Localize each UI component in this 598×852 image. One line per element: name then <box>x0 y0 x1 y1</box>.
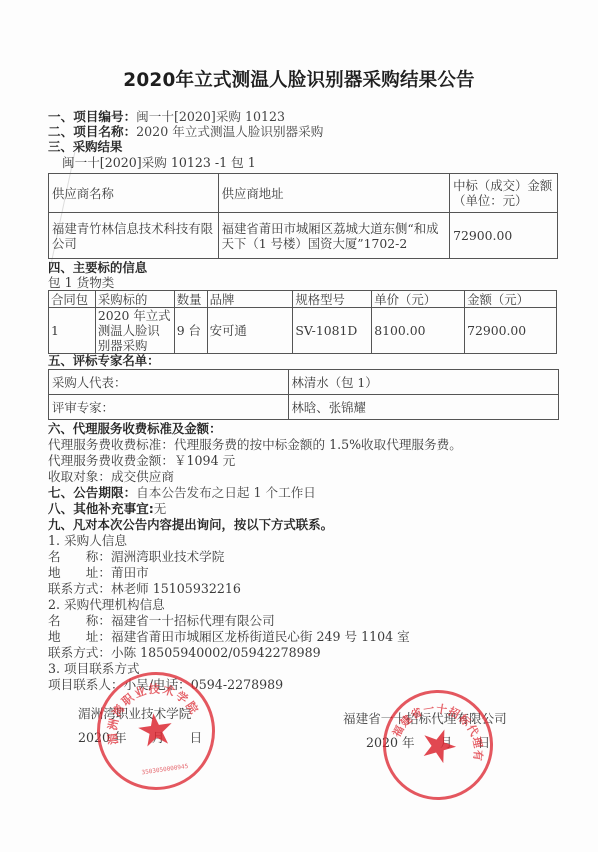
project-name-label: 二、项目名称： <box>48 124 136 139</box>
announcement-period: 七、公告期限：自本公告发布之日起 1 个工作日 <box>48 485 316 500</box>
table-header-row: 合同包 采购标的 数量 品牌 规格型号 单价（元） 金额（元） <box>49 291 557 308</box>
item-model: SV-1081D <box>293 308 372 354</box>
section-contacts: 九、凡对本次公告内容提出询问，按以下方式联系。 <box>48 517 333 532</box>
header-cell: 供应商地址 <box>218 174 450 213</box>
fee-payer: 收取对象：成交供应商 <box>48 469 174 484</box>
table-row: 福建青竹林信息技术科技有限公司 福建省莆田市城厢区荔城大道东侧“和成天下（1 号… <box>49 213 558 259</box>
header-cell: 数量 <box>174 291 207 308</box>
purchaser-name-value: 湄洲湾职业技术学院 <box>111 549 224 564</box>
purchaser-address: 地 址：莆田市 <box>48 565 149 580</box>
result-table: 供应商名称 供应商地址 中标（成交）金额（单位：元） 福建青竹林信息技术科技有限… <box>48 173 558 259</box>
purchaser-name: 名 称：湄洲湾职业技术学院 <box>48 549 224 564</box>
agency-address-label: 地 址： <box>48 629 111 644</box>
project-number-value: 闽一十[2020]采购 10123 <box>136 109 285 124</box>
star-icon: ★ <box>133 707 178 756</box>
agency-seal: 福建省一十招标代理有限公司 ★ <box>368 675 509 816</box>
purchaser-heading: 1. 采购人信息 <box>48 533 127 548</box>
document-title: 2020年立式测温人脸识别器采购结果公告 <box>0 66 598 92</box>
other-matters-value: 无 <box>154 501 167 516</box>
supplier-name: 福建青竹林信息技术科技有限公司 <box>49 213 219 259</box>
header-cell: 采购标的 <box>95 291 174 308</box>
header-cell: 品牌 <box>207 291 293 308</box>
table-row: 评审专家： 林晗、张锦耀 <box>49 395 559 420</box>
package-category: 包 1 货物类 <box>48 275 114 290</box>
expert-names: 林晗、张锦耀 <box>288 395 558 420</box>
header-cell: 单价（元） <box>372 291 465 308</box>
purchaser-address-label: 地 址： <box>48 565 111 580</box>
purchaser-seal: 湄洲湾职业技术学院 ★ 3503050000945 <box>89 664 222 797</box>
item-table: 合同包 采购标的 数量 品牌 规格型号 单价（元） 金额（元） 1 2020 年… <box>48 290 557 354</box>
project-number-label: 一、项目编号： <box>48 109 136 124</box>
header-cell: 规格型号 <box>293 291 372 308</box>
expert-table: 采购人代表： 林清水（包 1） 评审专家： 林晗、张锦耀 <box>48 369 559 420</box>
package-number: 1 <box>49 308 96 354</box>
agency-address-value: 福建省莆田市城厢区龙桥街道民心街 249 号 1104 室 <box>111 629 410 644</box>
section-agency-fee: 六、代理服务收费标准及金额： <box>48 421 221 436</box>
agency-name: 名 称：福建省一十招标代理有限公司 <box>48 613 275 628</box>
project-number: 一、项目编号：闽一十[2020]采购 10123 <box>48 109 285 124</box>
document-page: 2020年立式测温人脸识别器采购结果公告 一、项目编号：闽一十[2020]采购 … <box>0 0 598 852</box>
announcement-period-value: 自本公告发布之日起 1 个工作日 <box>136 485 316 500</box>
announcement-period-label: 七、公告期限： <box>48 485 136 500</box>
header-cell: 合同包 <box>49 291 96 308</box>
agency-contact-value: 小陈 18505940002/05942278989 <box>111 645 321 660</box>
project-name: 二、项目名称：2020 年立式测温人脸识别器采购 <box>48 124 323 139</box>
purchaser-contact: 联系方式：林老师 15105932216 <box>48 581 241 596</box>
project-contact-heading: 3. 项目联系方式 <box>48 661 140 676</box>
item-subject: 2020 年立式测温人脸识别器采购 <box>95 308 174 354</box>
table-row: 1 2020 年立式测温人脸识别器采购 9 台 安可通 SV-1081D 810… <box>49 308 557 354</box>
header-cell: 中标（成交）金额（单位：元） <box>450 174 558 213</box>
agency-contact: 联系方式：小陈 18505940002/05942278989 <box>48 645 321 660</box>
purchaser-name-label: 名 称： <box>48 549 111 564</box>
purchaser-contact-label: 联系方式： <box>48 581 111 596</box>
fee-standard: 代理服务费收费标准：代理服务费的按中标金额的 1.5%收取代理服务费。 <box>48 437 462 452</box>
section-procurement-result: 三、采购结果 <box>48 139 122 154</box>
agency-heading: 2. 采购代理机构信息 <box>48 597 165 612</box>
table-header-row: 供应商名称 供应商地址 中标（成交）金额（单位：元） <box>49 174 558 213</box>
item-brand: 安可通 <box>207 308 293 354</box>
agency-address: 地 址：福建省莆田市城厢区龙桥街道民心街 249 号 1104 室 <box>48 629 410 644</box>
other-matters: 八、其他补充事宜:无 <box>48 501 166 516</box>
item-unit-price: 8100.00 <box>372 308 465 354</box>
other-matters-label: 八、其他补充事宜: <box>48 501 154 516</box>
purchaser-contact-value: 林老师 15105932216 <box>111 581 241 596</box>
project-name-value: 2020 年立式测温人脸识别器采购 <box>136 124 323 139</box>
section-experts: 五、评标专家名单： <box>48 353 160 368</box>
expert-role: 采购人代表： <box>49 370 289 395</box>
expert-names: 林清水（包 1） <box>288 370 558 395</box>
agency-name-value: 福建省一十招标代理有限公司 <box>111 613 275 628</box>
award-amount: 72900.00 <box>450 213 558 259</box>
purchaser-address-value: 莆田市 <box>111 565 149 580</box>
package-reference: 闽一十[2020]采购 10123 -1 包 1 <box>62 155 256 170</box>
fee-amount: 代理服务费收费金额：￥1094 元 <box>48 453 235 468</box>
header-cell: 供应商名称 <box>49 174 219 213</box>
agency-contact-label: 联系方式： <box>48 645 111 660</box>
item-quantity: 9 台 <box>174 308 207 354</box>
agency-name-label: 名 称： <box>48 613 111 628</box>
item-total: 72900.00 <box>465 308 557 354</box>
header-cell: 金额（元） <box>465 291 557 308</box>
expert-role: 评审专家： <box>49 395 289 420</box>
section-main-items: 四、主要标的信息 <box>48 260 147 275</box>
supplier-address: 福建省莆田市城厢区荔城大道东侧“和成天下（1 号楼）国资大厦”1702-2 <box>218 213 450 259</box>
table-row: 采购人代表： 林清水（包 1） <box>49 370 559 395</box>
